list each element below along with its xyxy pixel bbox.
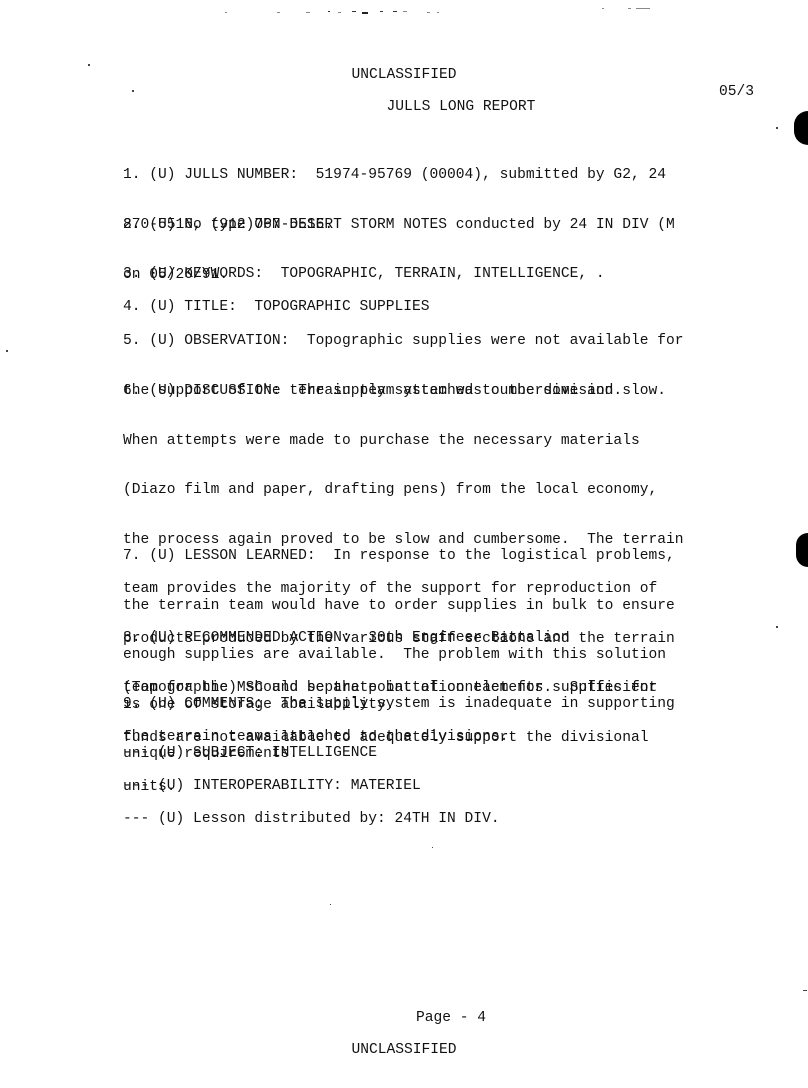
distribution-line: --- (U) Lesson distributed by: 24TH IN D…: [123, 811, 500, 828]
interoperability-line: --- (U) INTEROPERABILITY: MATERIEL: [123, 778, 421, 795]
scan-speck: [380, 11, 383, 12]
paragraph-line: 9. (U) COMMENTS: The supply system is in…: [123, 696, 808, 713]
scan-dot: [6, 350, 8, 352]
scan-speck: [403, 11, 407, 12]
scan-speck: [328, 11, 330, 12]
scan-speck: [628, 8, 631, 9]
scan-speck: [352, 11, 356, 12]
scan-speck: [393, 11, 397, 12]
scan-dot: [88, 64, 90, 66]
scan-speck: [277, 12, 280, 13]
paragraph-line: 5. (U) OBSERVATION: Topographic supplies…: [123, 333, 808, 350]
scan-dot: [330, 904, 331, 905]
classification-footer: UNCLASSIFIED: [0, 1042, 808, 1059]
paragraph-line: 1. (U) JULLS NUMBER: 51974-95769 (00004)…: [123, 167, 808, 184]
scan-speck: [602, 8, 604, 9]
paragraph-line: 2. (U) No type OPN DESERT STORM NOTES co…: [123, 217, 808, 234]
scan-speck: [338, 12, 341, 13]
report-title: JULLS LONG REPORT: [57, 99, 808, 116]
scan-dot: [432, 847, 433, 848]
scan-dot: [803, 990, 807, 991]
paragraph-line: When attempts were made to purchase the …: [123, 433, 808, 450]
paragraph-line: 8. (U) RECOMMENDED ACTION: 30th Engineer…: [123, 630, 808, 647]
scan-speck: [225, 12, 227, 13]
scan-speck: [306, 12, 310, 13]
subject-line: --- (U) SUBJECT: INTELLIGENCE: [123, 745, 377, 762]
scan-dot: [776, 127, 778, 129]
scan-dot: [132, 90, 134, 92]
scan-speck: [437, 12, 439, 13]
paragraph-line: (Diazo film and paper, drafting pens) fr…: [123, 482, 808, 499]
page-number: Page - 4: [416, 1010, 486, 1027]
scan-speck: [362, 12, 368, 14]
scan-speck: [427, 12, 430, 13]
paragraph-line: 6. (U) DISCUSSION: The supply system was…: [123, 383, 808, 400]
paragraph-9-comments: 9. (U) COMMENTS: The supply system is in…: [123, 663, 808, 795]
scan-speck: [636, 8, 650, 9]
paragraph-line: 7. (U) LESSON LEARNED: In response to th…: [123, 548, 808, 565]
classification-header: UNCLASSIFIED: [0, 67, 808, 84]
